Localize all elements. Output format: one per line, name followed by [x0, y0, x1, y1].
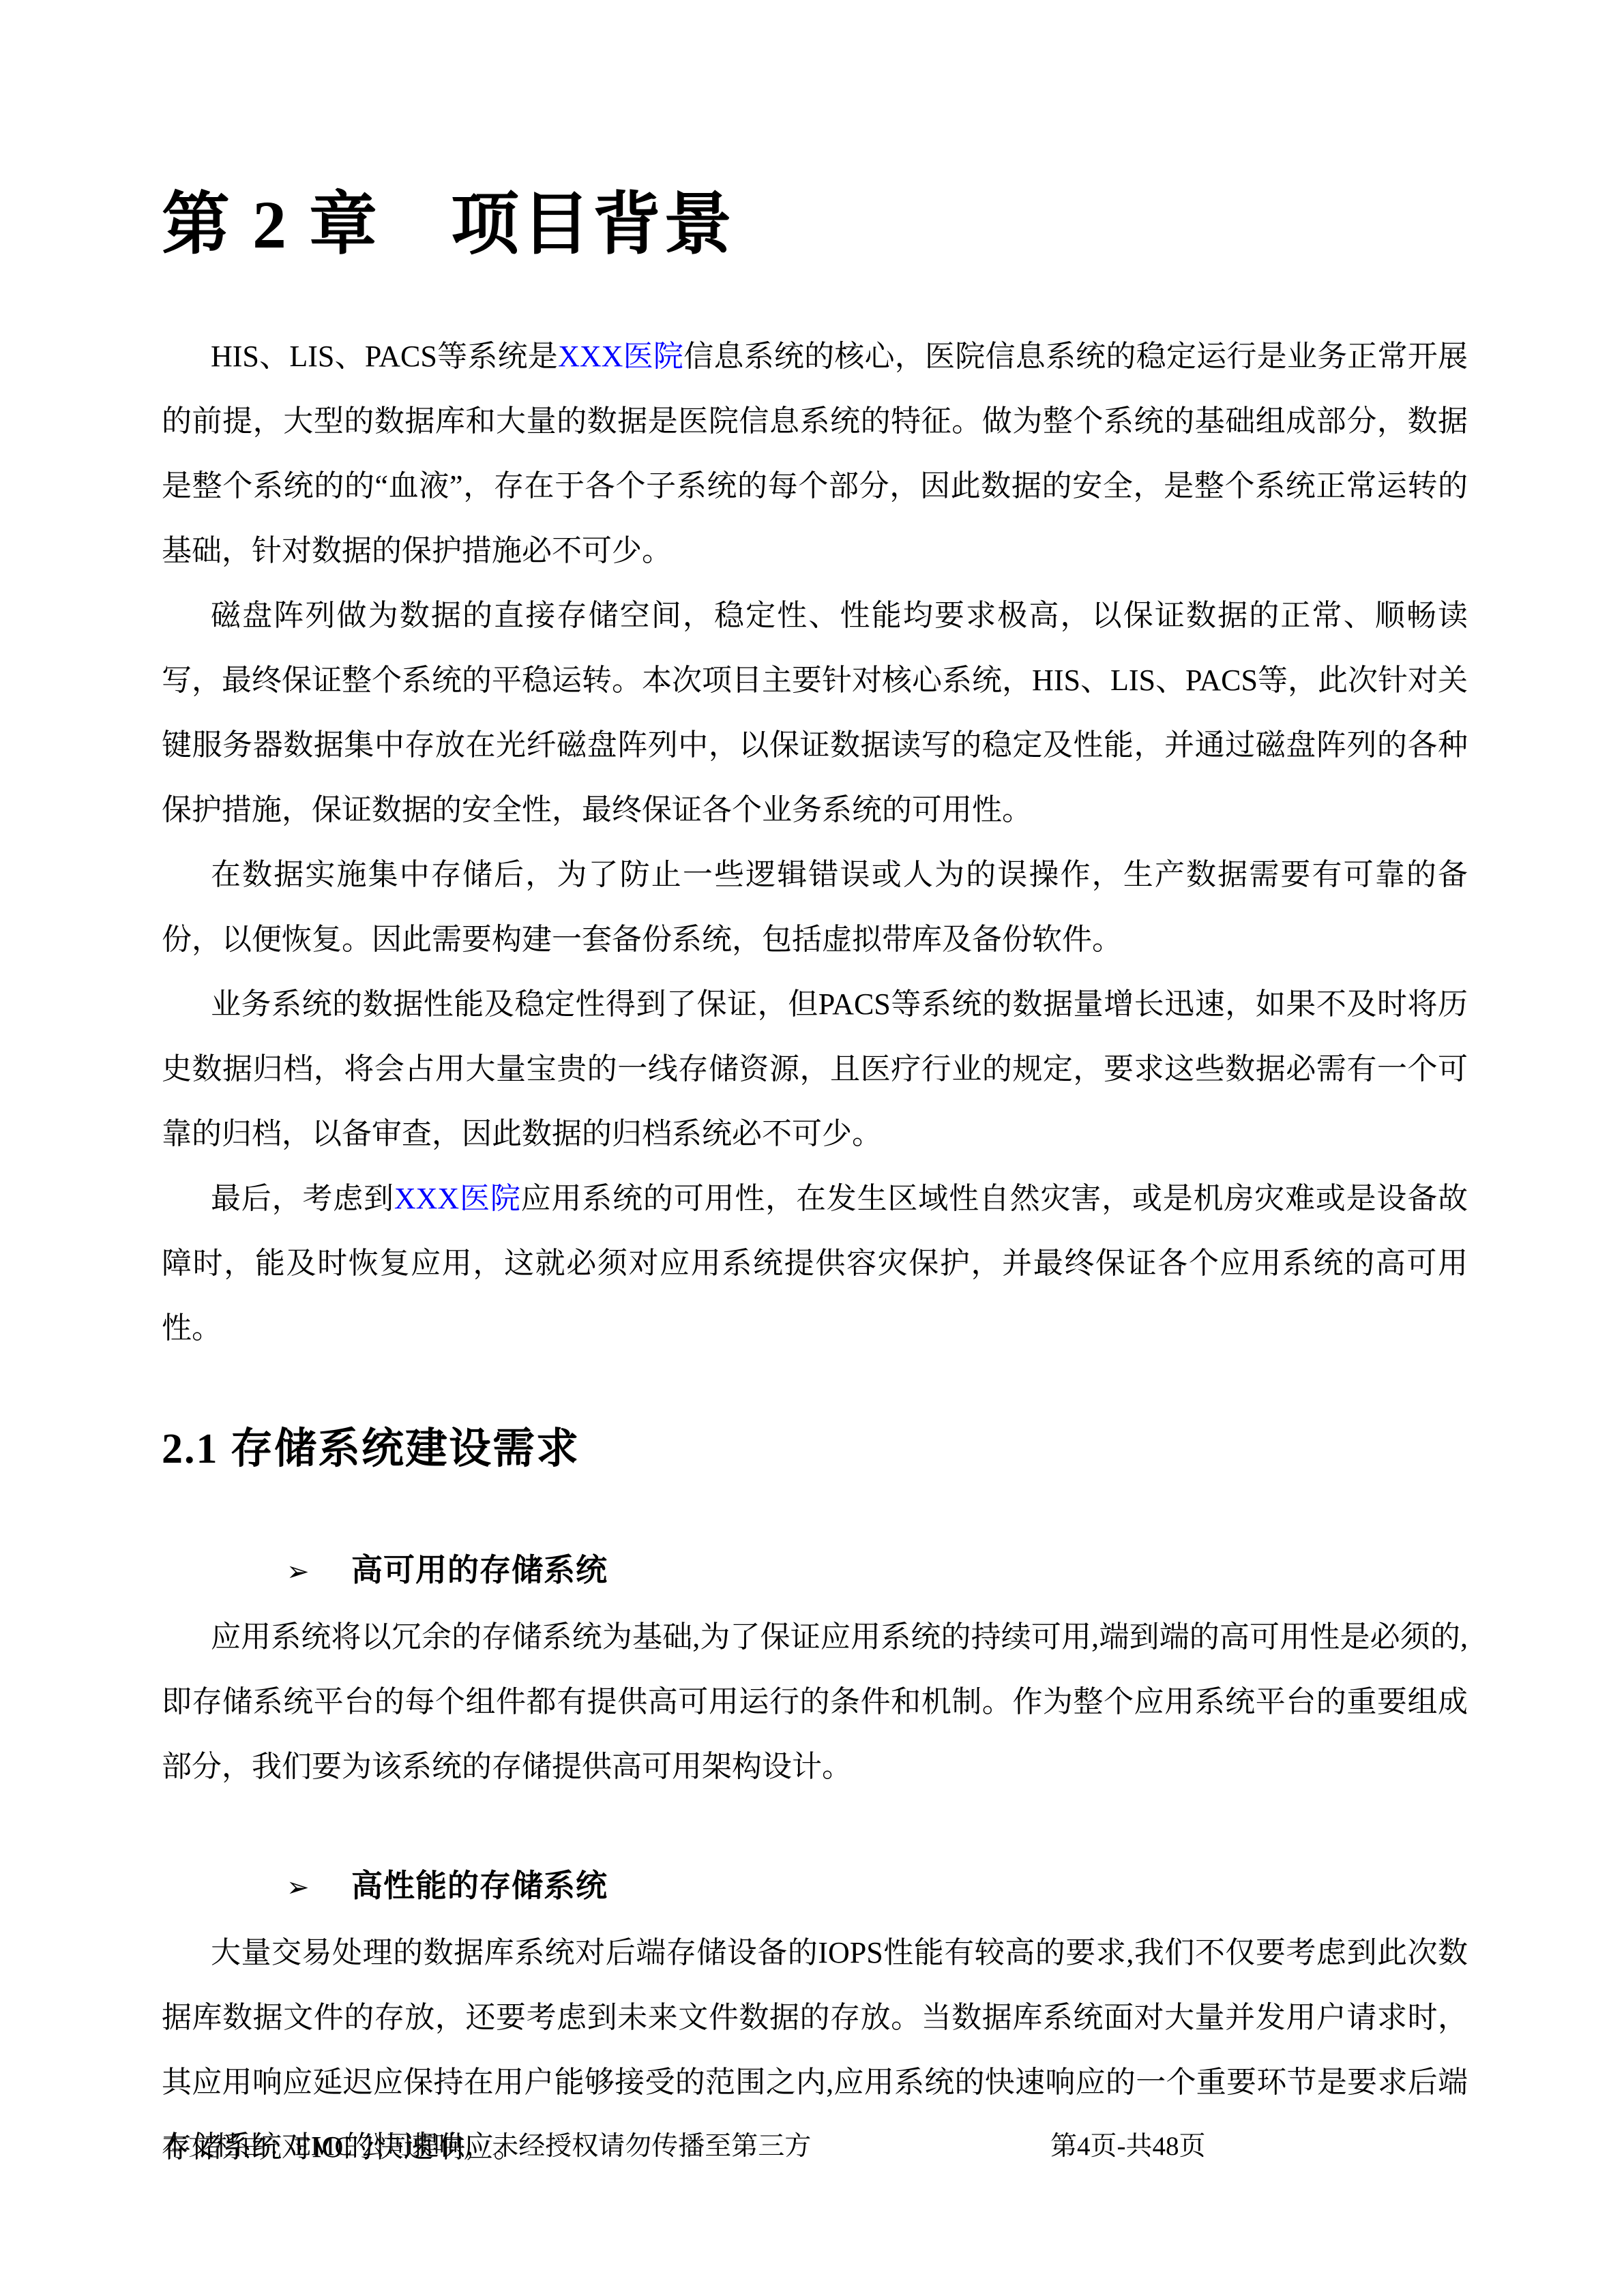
paragraph-5-text: 最后，考虑到 — [211, 1182, 394, 1215]
bullet-item-label: 高性能的存储系统 — [351, 1853, 608, 1918]
paragraph-1-text-cont: 信息系统的核心，医院信息系统的稳定运行是业务正常开展的前提，大型的数据库和大量的… — [162, 340, 1468, 567]
section-2-1-heading: 2.1 存储系统建设需求 — [162, 1415, 1468, 1483]
bullet-item-high-performance: ➢ 高性能的存储系统 — [162, 1853, 1468, 1920]
bullet-item-label: 高可用的存储系统 — [351, 1538, 608, 1602]
arrowhead-bullet-icon: ➢ — [286, 1540, 351, 1605]
paragraph-1-text: HIS、LIS、PACS等系统是 — [211, 340, 558, 373]
hospital-name-highlight: XXX医院 — [558, 340, 683, 373]
paragraph-5: 最后，考虑到XXX医院应用系统的可用性，在发生区域性自然灾害，或是机房灾难或是设… — [162, 1166, 1468, 1360]
bullet-item-high-availability: ➢ 高可用的存储系统 — [162, 1538, 1468, 1605]
chapter-title: 第 2 章 项目背景 — [162, 0, 1468, 266]
paragraph-2: 磁盘阵列做为数据的直接存储空间，稳定性、性能均要求极高，以保证数据的正常、顺畅读… — [162, 583, 1468, 842]
arrowhead-bullet-icon: ➢ — [286, 1855, 351, 1920]
page-content: 第 2 章 项目背景 HIS、LIS、PACS等系统是XXX医院信息系统的核心，… — [162, 0, 1468, 2179]
hospital-name-highlight: XXX医院 — [394, 1182, 521, 1215]
paragraph-1: HIS、LIS、PACS等系统是XXX医院信息系统的核心，医院信息系统的稳定运行… — [162, 324, 1468, 583]
page-footer: 本文档由：EMC 公司提供，未经授权请勿传播至第三方 第4页-共48页 — [162, 2131, 1468, 2162]
bullet-item-body-high-availability: 应用系统将以冗余的存储系统为基础,为了保证应用系统的持续可用,端到端的高可用性是… — [162, 1605, 1468, 1799]
footer-disclaimer: 本文档由：EMC 公司提供，未经授权请勿传播至第三方 — [162, 2132, 811, 2161]
footer-page-number: 第4页-共48页 — [1050, 2131, 1206, 2162]
paragraph-3: 在数据实施集中存储后，为了防止一些逻辑错误或人为的误操作，生产数据需要有可靠的备… — [162, 842, 1468, 972]
paragraph-4: 业务系统的数据性能及稳定性得到了保证，但PACS等系统的数据量增长迅速，如果不及… — [162, 972, 1468, 1166]
document-page: 第 2 章 项目背景 HIS、LIS、PACS等系统是XXX医院信息系统的核心，… — [0, 0, 1624, 2296]
